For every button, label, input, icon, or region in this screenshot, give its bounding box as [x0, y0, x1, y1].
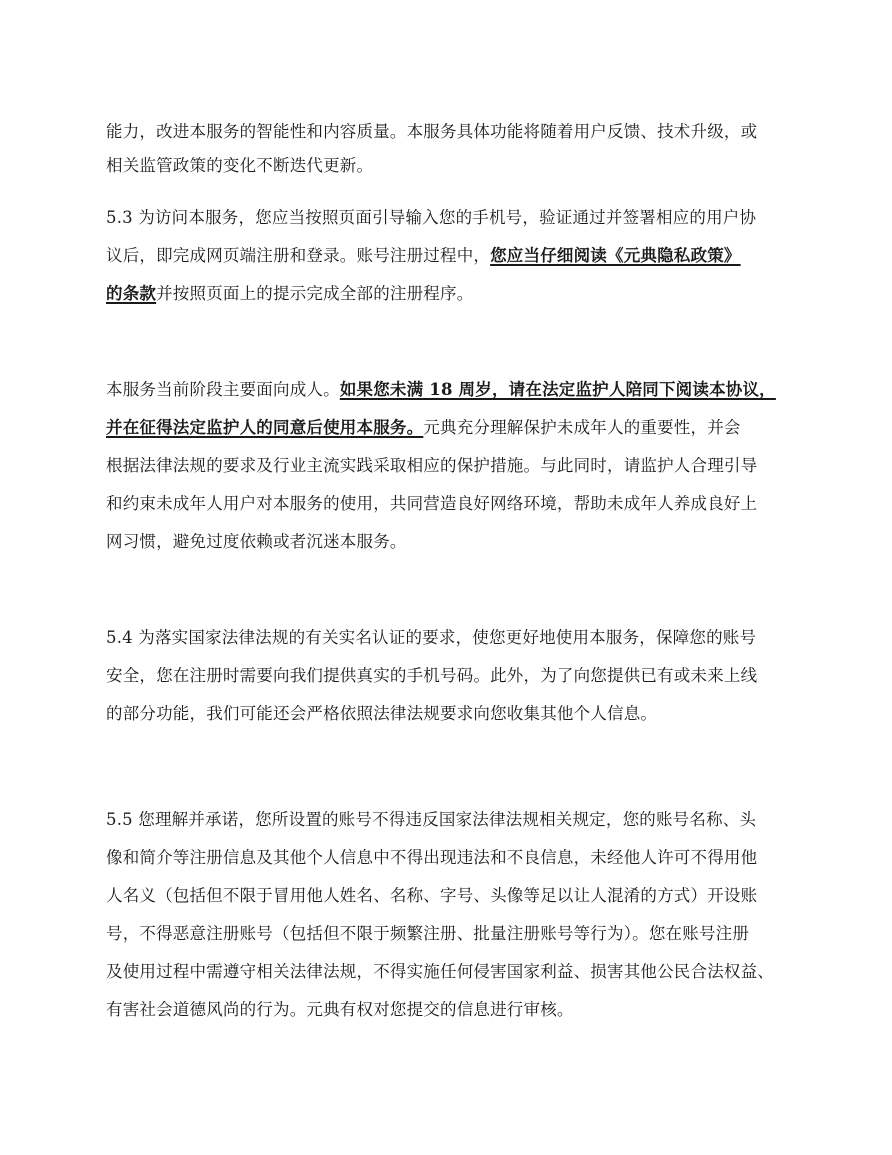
text-segment: 有害社会道德风尚的行为。元典有权对您提交的信息进行审核。: [106, 1000, 574, 1019]
section-5-4-line-3: 的部分功能，我们可能还会严格依照法律法规要求向您收集其他个人信息。: [106, 703, 657, 725]
section-5-3-line-2: 议后，即完成网页端注册和登录。账号注册过程中，您应当仔细阅读《元典隐私政策》: [106, 245, 741, 267]
section-5-5-line-6: 有害社会道德风尚的行为。元典有权对您提交的信息进行审核。: [106, 999, 574, 1021]
text-segment: 议后，即完成网页端注册和登录。账号注册过程中，: [106, 246, 490, 265]
section-5-3-line-3: 的条款并按照页面上的提示完成全部的注册程序。: [106, 283, 473, 305]
section-5-5-line-2: 像和简介等注册信息及其他个人信息中不得出现违法和不良信息，未经他人许可不得用他: [106, 847, 757, 869]
text-segment: 根据法律法规的要求及行业主流实践采取相应的保护措施。与此同时，请监护人合理引导: [106, 456, 757, 475]
paragraph-intro-line-1: 能力，改进本服务的智能性和内容质量。本服务具体功能将随着用户反馈、技术升级，或: [106, 121, 757, 143]
text-segment: 能力，改进本服务的智能性和内容质量。本服务具体功能将随着用户反馈、技术升级，或: [106, 122, 757, 141]
text-segment: 人名义（包括但不限于冒用他人姓名、名称、字号、头像等足以让人混淆的方式）开设账: [106, 886, 757, 905]
text-segment: 并按照页面上的提示完成全部的注册程序。: [156, 284, 473, 303]
text-segment: 的部分功能，我们可能还会严格依照法律法规要求向您收集其他个人信息。: [106, 704, 657, 723]
minors-notice-line-5: 网习惯，避免过度依赖或者沉迷本服务。: [106, 531, 407, 553]
text-segment: 相关监管政策的变化不断迭代更新。: [106, 156, 373, 175]
text-segment: 5.4 为落实国家法律法规的有关实名认证的要求，使您更好地使用本服务，保障您的账…: [106, 628, 756, 647]
section-5-5-line-5: 及使用过程中需遵守相关法律法规，不得实施任何侵害国家利益、损害其他公民合法权益、: [106, 961, 774, 983]
text-segment: 及使用过程中需遵守相关法律法规，不得实施任何侵害国家利益、损害其他公民合法权益、: [106, 962, 774, 981]
section-5-4-line-1: 5.4 为落实国家法律法规的有关实名认证的要求，使您更好地使用本服务，保障您的账…: [106, 627, 756, 649]
minors-notice-line-1: 本服务当前阶段主要面向成人。如果您未满 18 周岁，请在法定监护人陪同下阅读本协…: [106, 379, 776, 401]
text-segment: 5.3 为访问本服务，您应当按照页面引导输入您的手机号，验证通过并签署相应的用户…: [106, 208, 756, 227]
minors-notice-line-4: 和约束未成年人用户对本服务的使用，共同营造良好网络环境，帮助未成年人养成良好上: [106, 493, 757, 515]
document-page: 能力，改进本服务的智能性和内容质量。本服务具体功能将随着用户反馈、技术升级，或 …: [0, 0, 892, 1155]
section-5-5-line-4: 号，不得恶意注册账号（包括但不限于频繁注册、批量注册账号等行为）。您在账号注册: [106, 923, 749, 945]
text-segment: 号，不得恶意注册账号（包括但不限于频繁注册、批量注册账号等行为）。您在账号注册: [106, 924, 749, 943]
section-5-3-line-1: 5.3 为访问本服务，您应当按照页面引导输入您的手机号，验证通过并签署相应的用户…: [106, 207, 756, 229]
section-5-4-line-2: 安全，您在注册时需要向我们提供真实的手机号码。此外，为了向您提供已有或未来上线: [106, 665, 757, 687]
privacy-policy-emphasis-cont: 的条款: [106, 284, 156, 303]
minors-warning-emphasis-cont: 并在征得法定监护人的同意后使用本服务。: [106, 418, 423, 437]
text-segment: 网习惯，避免过度依赖或者沉迷本服务。: [106, 532, 407, 551]
text-segment: 本服务当前阶段主要面向成人。: [106, 380, 340, 399]
minors-notice-line-2: 并在征得法定监护人的同意后使用本服务。元典充分理解保护未成年人的重要性，并会: [106, 417, 741, 439]
section-5-5-line-3: 人名义（包括但不限于冒用他人姓名、名称、字号、头像等足以让人混淆的方式）开设账: [106, 885, 757, 907]
paragraph-intro-line-2: 相关监管政策的变化不断迭代更新。: [106, 155, 373, 177]
minors-notice-line-3: 根据法律法规的要求及行业主流实践采取相应的保护措施。与此同时，请监护人合理引导: [106, 455, 757, 477]
text-segment: 元典充分理解保护未成年人的重要性，并会: [423, 418, 740, 437]
text-segment: 和约束未成年人用户对本服务的使用，共同营造良好网络环境，帮助未成年人养成良好上: [106, 494, 757, 513]
text-segment: 安全，您在注册时需要向我们提供真实的手机号码。此外，为了向您提供已有或未来上线: [106, 666, 757, 685]
text-segment: 5.5 您理解并承诺，您所设置的账号不得违反国家法律法规相关规定，您的账号名称、…: [106, 810, 756, 829]
section-5-5-line-1: 5.5 您理解并承诺，您所设置的账号不得违反国家法律法规相关规定，您的账号名称、…: [106, 809, 756, 831]
text-segment: 像和简介等注册信息及其他个人信息中不得出现违法和不良信息，未经他人许可不得用他: [106, 848, 757, 867]
privacy-policy-emphasis: 您应当仔细阅读《元典隐私政策》: [490, 246, 741, 265]
minors-warning-emphasis: 如果您未满 18 周岁，请在法定监护人陪同下阅读本协议，: [340, 380, 776, 399]
